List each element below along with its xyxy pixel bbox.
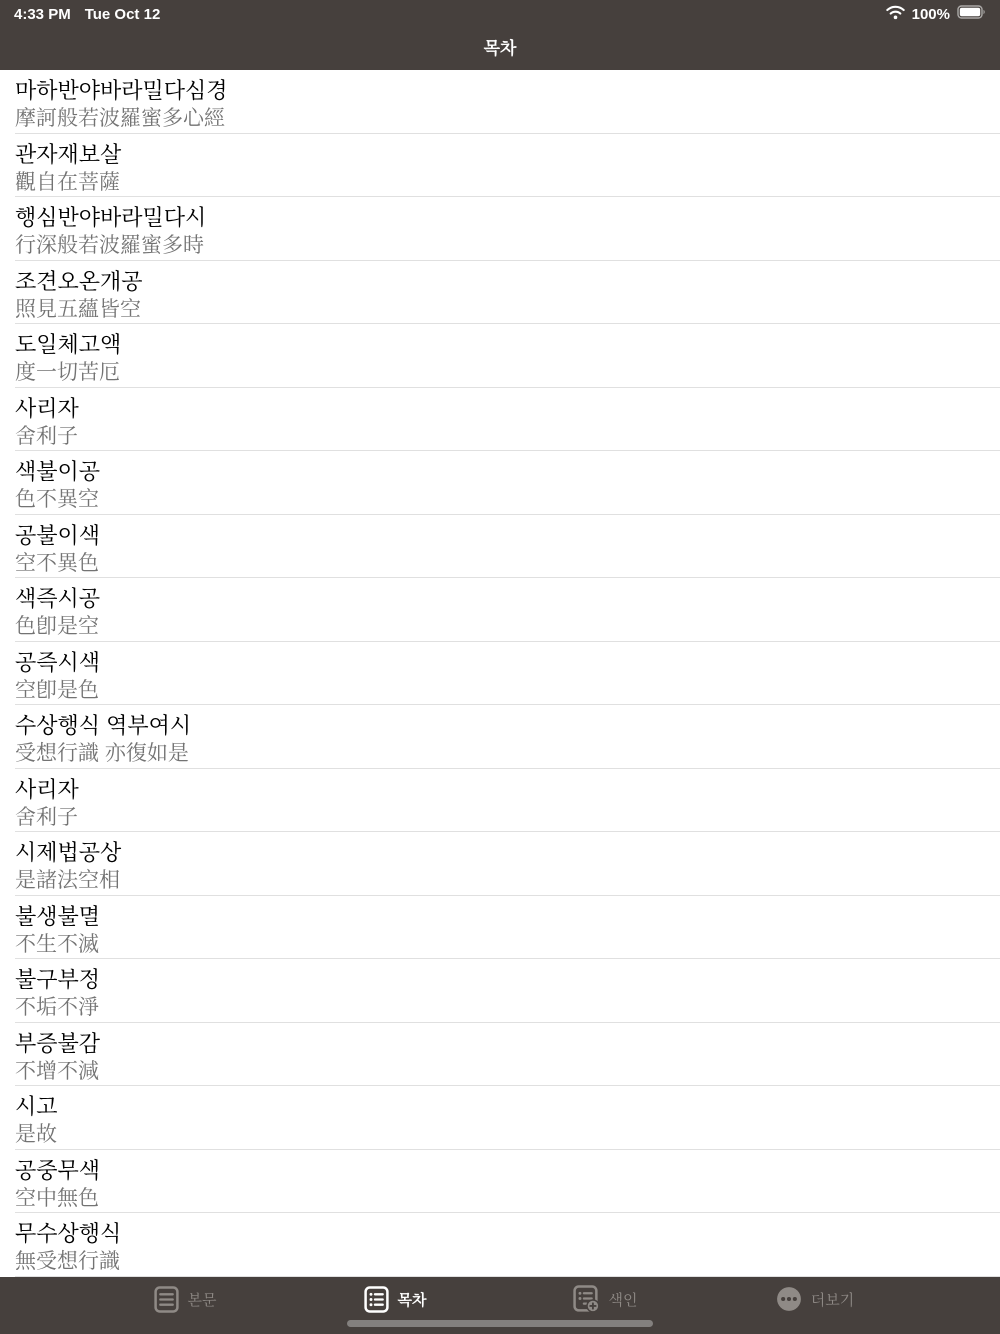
item-subtitle: 舍利子 <box>15 804 985 831</box>
more-icon <box>776 1286 802 1312</box>
list-item[interactable]: 부증불감 不增不減 <box>0 1023 1000 1087</box>
item-title: 마하반야바라밀다심경 <box>15 76 985 105</box>
page-title: 목차 <box>0 26 1000 66</box>
item-subtitle: 觀自在菩薩 <box>15 169 985 196</box>
battery-icon <box>957 5 986 23</box>
app-screen: 4:33 PM Tue Oct 12 100% <box>0 0 1000 1334</box>
item-title: 도일체고액 <box>15 330 985 359</box>
list-item[interactable]: 조견오온개공 照見五蘊皆空 <box>0 261 1000 325</box>
item-subtitle: 無受想行識 <box>15 1248 985 1275</box>
list-item[interactable]: 공중무색 空中無色 <box>0 1150 1000 1214</box>
tab-label: 목차 <box>398 1289 427 1310</box>
item-subtitle: 受想行識 亦復如是 <box>15 740 985 767</box>
list-item[interactable]: 사리자 舍利子 <box>0 769 1000 833</box>
list-item[interactable]: 공즉시색 空卽是色 <box>0 642 1000 706</box>
tab-mokcha[interactable]: 목차 <box>290 1277 500 1321</box>
tab-label: 본문 <box>188 1289 217 1310</box>
item-title: 사리자 <box>15 775 985 804</box>
item-title: 공즉시색 <box>15 648 985 677</box>
item-subtitle: 是故 <box>15 1121 985 1148</box>
item-title: 불구부정 <box>15 965 985 994</box>
item-title: 공중무색 <box>15 1156 985 1185</box>
tab-bar: 본문 목차 <box>0 1277 1000 1334</box>
list-item[interactable]: 마하반야바라밀다심경 摩訶般若波羅蜜多心經 <box>0 70 1000 134</box>
tab-group: 본문 목차 <box>0 1277 1000 1321</box>
toc-list: 마하반야바라밀다심경 摩訶般若波羅蜜多心經 관자재보살 觀自在菩薩 행심반야바라… <box>0 70 1000 1277</box>
item-subtitle: 摩訶般若波羅蜜多心經 <box>15 105 985 132</box>
item-title: 시고 <box>15 1092 985 1121</box>
item-subtitle: 不增不減 <box>15 1058 985 1085</box>
list-item[interactable]: 색불이공 色不異空 <box>0 451 1000 515</box>
item-title: 사리자 <box>15 394 985 423</box>
item-title: 부증불감 <box>15 1029 985 1058</box>
wifi-icon <box>886 5 905 24</box>
item-title: 색즉시공 <box>15 584 985 613</box>
battery-percent: 100% <box>912 6 950 23</box>
list-item[interactable]: 시제법공상 是諸法空相 <box>0 832 1000 896</box>
list-item[interactable]: 사리자 舍利子 <box>0 388 1000 452</box>
item-title: 행심반야바라밀다시 <box>15 203 985 232</box>
item-subtitle: 度一切苦厄 <box>15 359 985 386</box>
status-time: 4:33 PM <box>14 6 71 23</box>
item-title: 시제법공상 <box>15 838 985 867</box>
item-subtitle: 空卽是色 <box>15 677 985 704</box>
item-subtitle: 舍利子 <box>15 423 985 450</box>
list-item[interactable]: 관자재보살 觀自在菩薩 <box>0 134 1000 198</box>
document-icon <box>154 1286 179 1313</box>
list-item[interactable]: 도일체고액 度一切苦厄 <box>0 324 1000 388</box>
item-title: 무수상행식 <box>15 1219 985 1248</box>
item-title: 색불이공 <box>15 457 985 486</box>
item-subtitle: 行深般若波羅蜜多時 <box>15 232 985 259</box>
item-subtitle: 空中無色 <box>15 1185 985 1212</box>
status-date: Tue Oct 12 <box>85 6 161 23</box>
list-item[interactable]: 무수상행식 無受想行識 <box>0 1213 1000 1277</box>
tab-deobogi[interactable]: 더보기 <box>710 1277 920 1321</box>
item-subtitle: 不垢不淨 <box>15 994 985 1021</box>
item-title: 조견오온개공 <box>15 267 985 296</box>
list-item[interactable]: 불구부정 不垢不淨 <box>0 959 1000 1023</box>
item-title: 관자재보살 <box>15 140 985 169</box>
home-indicator[interactable] <box>347 1320 653 1327</box>
item-title: 불생불멸 <box>15 902 985 931</box>
list-item[interactable]: 수상행식 역부여시 受想行識 亦復如是 <box>0 705 1000 769</box>
tab-saegin[interactable]: 색인 <box>500 1277 710 1321</box>
status-bar: 4:33 PM Tue Oct 12 100% <box>0 0 1000 26</box>
tab-label: 색인 <box>609 1289 638 1310</box>
item-subtitle: 色卽是空 <box>15 613 985 640</box>
list-item[interactable]: 행심반야바라밀다시 行深般若波羅蜜多時 <box>0 197 1000 261</box>
top-bar: 4:33 PM Tue Oct 12 100% <box>0 0 1000 70</box>
item-subtitle: 空不異色 <box>15 550 985 577</box>
tab-bonmun[interactable]: 본문 <box>80 1277 290 1321</box>
tab-label: 더보기 <box>811 1289 854 1310</box>
item-subtitle: 不生不滅 <box>15 931 985 958</box>
item-title: 공불이색 <box>15 521 985 550</box>
list-icon <box>364 1286 389 1313</box>
item-subtitle: 是諸法空相 <box>15 867 985 894</box>
list-item[interactable]: 공불이색 空不異色 <box>0 515 1000 579</box>
list-item[interactable]: 시고 是故 <box>0 1086 1000 1150</box>
index-icon <box>573 1285 600 1313</box>
item-subtitle: 色不異空 <box>15 486 985 513</box>
item-title: 수상행식 역부여시 <box>15 711 985 740</box>
list-item[interactable]: 불생불멸 不生不滅 <box>0 896 1000 960</box>
list-item[interactable]: 색즉시공 色卽是空 <box>0 578 1000 642</box>
item-subtitle: 照見五蘊皆空 <box>15 296 985 323</box>
